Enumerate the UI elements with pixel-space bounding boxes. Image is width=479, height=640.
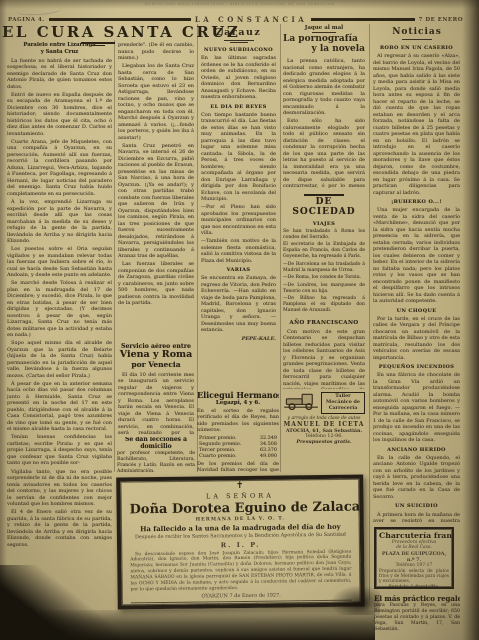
paragraph: Al regresar á su caserío «Alza», del bar…	[373, 53, 460, 196]
section-subhead: VIAJES	[283, 221, 365, 228]
issue-date: 7 DE ENERO	[419, 17, 463, 23]
zarauz-headline: Zarauz	[200, 27, 277, 43]
paragraph: Llegaban los de Santa Cruz hasta cerca d…	[118, 63, 194, 141]
porn-headline-line2: y la novela	[283, 44, 365, 54]
headline-rule	[312, 32, 336, 33]
ad-taller-name: MANUEL DE ICETA	[283, 421, 365, 428]
section-subhead: ANCIANO HERIDO	[373, 447, 460, 454]
obituary-body: Su desconsolado esposo don José Joaquín …	[130, 549, 351, 593]
masthead-rule	[311, 18, 414, 21]
paragraph: Cuarto Arana, jefe de Miqueletes, con un…	[7, 139, 112, 198]
article-signature: PEPE-KALE.	[201, 336, 276, 343]
ad-lessons: Se dan lecciones á domicilio por profeso…	[117, 437, 195, 474]
ad-taller-note: Presupuestos gratis.	[283, 439, 365, 445]
obituary-notice: ✝ LA SEÑORA Doña Dorotea Eguino de Zalac…	[116, 474, 365, 609]
ad-regalo-text: para Pascuas y Reyes, es una Remington p…	[374, 603, 460, 633]
ad-regalo: El más práctico regalo para Pascuas y Re…	[374, 595, 460, 633]
paragraph: Tenían buenas confidencias los carlistas…	[7, 434, 112, 467]
paragraph: El día 10 del corriente mes se inaugurar…	[118, 372, 194, 436]
headline-rule	[224, 40, 254, 41]
ad-elicegui: Elicegui Hermanos Legazpi, 4 y 6. En el …	[197, 391, 279, 474]
zarauz-headline-text: Zarauz	[216, 27, 262, 38]
section-franciscano: AÑO FRANCISCANO Con motivo de este gran …	[283, 317, 365, 389]
air-service-head3: por Venecia	[118, 361, 194, 370]
column-divider	[369, 24, 370, 600]
section-subhead: NUEVO SUBDIACONO	[201, 47, 276, 54]
section-subhead: ¡BUHERKO O...!	[373, 199, 460, 206]
ad-taller: Taller Mecánico de Carrocería y arreglo …	[283, 391, 365, 445]
newspaper-page: DONOSTIAKO UDAL LIBURUTEGIA - BIBLIOTECA…	[0, 0, 479, 640]
section-sociedad: DE SOCIEDAD VIAJES Se han trasladado á R…	[283, 194, 365, 316]
prize-row: Cuarto premio.49.090	[199, 453, 277, 459]
masthead-rule	[49, 18, 191, 21]
column-divider	[280, 24, 281, 472]
paragraph: En la calle de Oquendo, el anciano Anton…	[373, 455, 460, 501]
paragraph: —Por el Pleno han sido aprobados los pre…	[201, 204, 276, 237]
ad-elicegui-address: Legazpi, 4 y 6.	[197, 400, 279, 406]
list-item: El secretario de la Embajada de España e…	[283, 242, 365, 260]
headline-rule	[230, 42, 248, 43]
article-air-service: Servicio aéreo entre Viena y Roma por Ve…	[118, 343, 194, 436]
paragraph: Vigilaba tanto, que no era posible sorpr…	[7, 469, 112, 508]
paragraph: prenderle". (De él en cambio, nunca pudo…	[118, 42, 194, 62]
article-subhead: Paralelo entre Lizarraga y Santa Cruz	[7, 42, 112, 55]
prize-label: Cuarto premio.	[199, 453, 237, 459]
obituary-rip: R. I. P.	[130, 539, 351, 550]
subhead-line: Paralelo entre Lizarraga	[23, 42, 95, 48]
list-item: —De Bilbao ha regresado á Pamplona el ex…	[283, 296, 365, 314]
prize-list: Primer premio.32.349 Segundo premio.34.5…	[199, 435, 277, 460]
paragraph: Se marchó desde Tolosa á realizar el pla…	[7, 280, 112, 339]
list-item: —De Roma, los condes de Torata.	[283, 275, 365, 281]
ad-lessons-title: Se dan lecciones á domicilio	[117, 437, 195, 451]
subhead-line: y Santa Cruz	[41, 49, 79, 55]
porn-headline-block: Jaque al mal La pornografía y la novela	[283, 25, 365, 54]
paragraph: Santa Cruz penetró en Navarra, se intern…	[118, 143, 194, 260]
obituary-name: Doña Dorotea Eguino de Zalacain	[130, 500, 351, 518]
paragraph: Entró de nuevo en España después de su e…	[7, 92, 112, 138]
paragraph: —También con motivo de la solemne fiesta…	[201, 238, 276, 264]
page-number: PAGINA 4.	[8, 17, 45, 23]
column-noticias: ROBO EN UN CASERIO Al regresar á su case…	[373, 42, 460, 522]
article-cura-col-a: Paralelo entre Lizarraga y Santa Cruz La…	[7, 42, 112, 612]
ad-charcuteria-title: Charcutería francesa	[379, 531, 449, 540]
paragraph: Por la tarde, en el cruce de las calles …	[373, 316, 460, 362]
column-divider	[114, 40, 115, 472]
porn-headline-line1: La pornografía	[283, 34, 365, 44]
list-item: Se han trasladado á Roma los condes del …	[283, 229, 365, 241]
section-subhead: EL DIA DE REYES	[201, 104, 276, 111]
section-subhead: ROBO EN UN CASERIO	[373, 45, 460, 52]
ad-charcuteria-address: PLAZA DE GUIPUZCOA, n.º 7.	[379, 551, 449, 563]
headline-rule	[402, 39, 432, 40]
article-cura-col-b: prenderle". (De él en cambio, nunca pudo…	[118, 42, 194, 340]
library-stamp: DONOSTIAKO UDAL LIBURUTEGIA - BIBLIOTECA…	[0, 1, 479, 6]
paragraph: Á pesar de que en la anterior semana hac…	[7, 381, 112, 433]
noticias-headline-text: Noticias	[392, 27, 442, 37]
list-item: —De Londres, los marqueses de Tenorio co…	[283, 283, 365, 295]
ad-charcuteria: Charcutería francesa Proveedora efectiva…	[374, 527, 454, 589]
prize-value: 49.090	[260, 453, 277, 459]
paragraph: Á la vez, emprendió Lizarraga su expedic…	[7, 199, 112, 245]
paragraph: Á primera hora de la mañana de ayer se r…	[373, 512, 460, 522]
paragraph: Las fuerzas liberales se componían de do…	[118, 261, 194, 307]
scan-edge-right	[462, 0, 479, 640]
paragraph: En las últimas sagradas órdenes se le ha…	[201, 55, 276, 101]
ad-taller-box: Taller Mecánico de Carrocería	[321, 392, 365, 414]
paragraph: Con tiempo bastante bueno transcurrió el…	[201, 112, 276, 203]
ad-regalo-title: El más práctico regalo	[374, 595, 460, 603]
paragraph: Esto sólo ha sido calurosamente elogiado…	[283, 118, 365, 190]
paragraph: El 4 de Enero salió otra vez de su guari…	[7, 509, 112, 548]
ad-charcuteria-services: Preparación selecta de platos fríos y de…	[379, 569, 449, 584]
paragraph: La fuente no habrá de ser tachada de sos…	[7, 58, 112, 91]
scan-shadow-bottom-band	[40, 610, 375, 640]
noticias-headline: Noticias	[373, 27, 461, 40]
paragraph: Los puestos sobre el Oria seguían vigila…	[7, 246, 112, 279]
paragraph: Supo aquel mismo día el alcalde de Oyarz…	[7, 340, 112, 379]
section-subhead: UN SUICIDIO	[373, 503, 460, 510]
ad-elicegui-title: Elicegui Hermanos	[197, 391, 279, 400]
ad-charcuteria-line2: de la Real Casa.	[379, 545, 449, 550]
ad-elicegui-intro: En el sorteo de regalos verificado el dí…	[197, 408, 279, 434]
section-subhead: UN CHOQUE	[373, 308, 460, 315]
ad-elicegui-note: De los premios del día de Navidad faltan…	[197, 461, 279, 474]
paragraph: Con motivo de este gran Centenario se de…	[283, 329, 365, 389]
sociedad-headline: DE SOCIEDAD	[283, 197, 365, 218]
article-zarauz: NUEVO SUBDIACONO En las últimas sagradas…	[201, 44, 276, 390]
section-subhead: VARIAS	[201, 267, 276, 274]
paragraph: En una fábrica de chocolate de la Gran V…	[373, 372, 460, 444]
paragraph: Una mujer encargada de la venta de la si…	[373, 207, 460, 305]
section-subhead: PEQUEÑOS INCENDIOS	[373, 364, 460, 371]
obituary-place-date: OYARZUN 7 de Enero de 1927.	[131, 592, 352, 601]
paragraph: Se encuentra en Zumaya, de regreso de Vi…	[201, 275, 276, 334]
ad-charcuteria-delivery: Servicio á domicilio.	[379, 585, 449, 589]
paragraph: La prensa católica, tanto nacional como …	[283, 58, 365, 117]
obituary-sacraments-line: Después de recibir los Santos Sacramento…	[130, 531, 351, 540]
ad-charcuteria-phone: Teléfono 197-17	[379, 563, 449, 568]
obituary-indulgence: Los señores Obispos de Vitoria y Pamplon…	[131, 600, 352, 610]
section-subhead: AÑO FRANCISCANO	[283, 320, 365, 327]
ad-lessons-text: por profesor competente, de Bachillerato…	[117, 451, 195, 474]
list-item: —De Barcelona se ha trasladado á Madrid …	[283, 262, 365, 274]
headline-rule	[304, 194, 344, 196]
car-icon	[283, 391, 319, 415]
article-pornografia: La prensa católica, tanto nacional como …	[283, 58, 365, 190]
scan-edge-left	[0, 0, 7, 640]
kicker: Jaque al mal	[283, 25, 365, 31]
